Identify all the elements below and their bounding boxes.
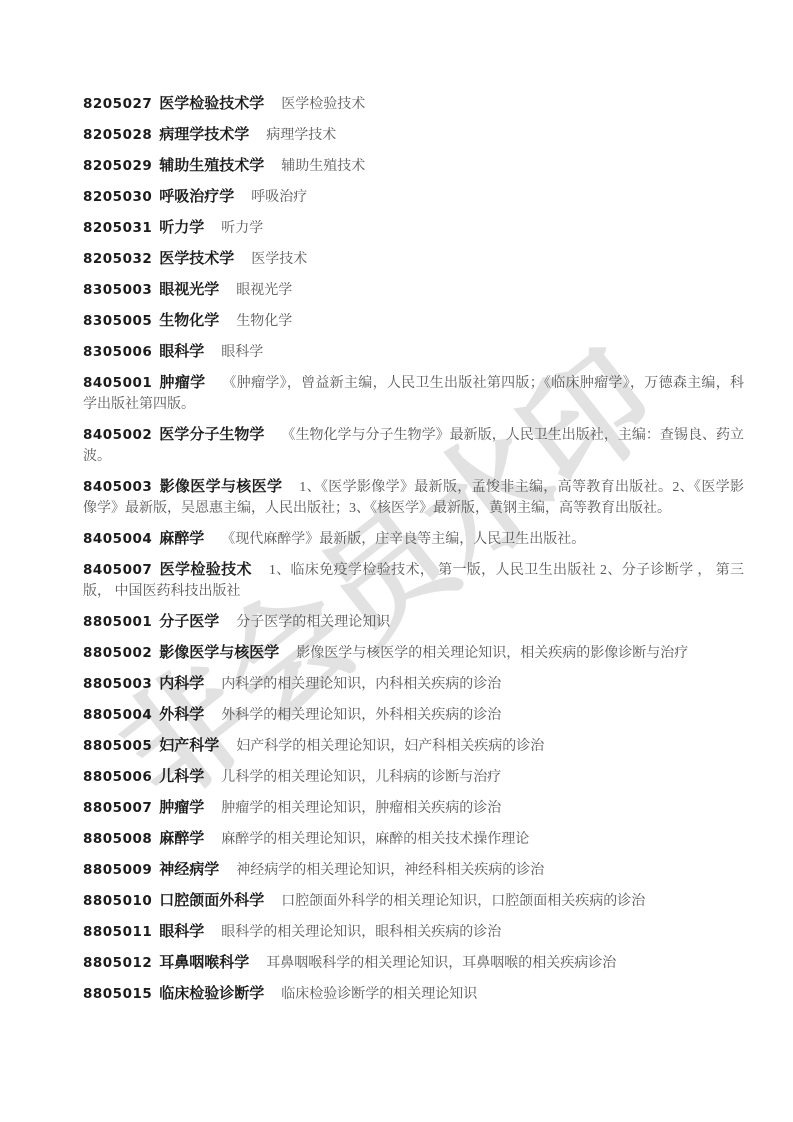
entry-code: 8205030 <box>83 189 152 205</box>
entry-description: 医学技术 <box>251 252 307 267</box>
entry-row: 8305005生物化学生物化学 <box>83 311 744 332</box>
entry-description: 眼科学的相关理论知识，眼科相关疾病的诊治 <box>221 925 501 940</box>
entry-code: 8805002 <box>83 645 152 661</box>
entry-subject: 麻醉学 <box>159 831 204 847</box>
entry-subject: 辅助生殖技术学 <box>159 158 264 174</box>
entry-row: 8405004麻醉学《现代麻醉学》最新版，庄辛良等主编，人民卫生出版社。 <box>83 529 744 550</box>
entry-code: 8805005 <box>83 738 152 754</box>
entry-subject: 麻醉学 <box>159 531 204 547</box>
entry-subject: 影像医学与核医学 <box>159 479 282 495</box>
entry-subject: 分子医学 <box>159 614 219 630</box>
entry-row: 8205032医学技术学医学技术 <box>83 249 744 270</box>
entry-row: 8805005妇产科学妇产科学的相关理论知识，妇产科相关疾病的诊治 <box>83 736 744 757</box>
entry-description: 肿瘤学的相关理论知识，肿瘤相关疾病的诊治 <box>221 801 501 816</box>
entry-row: 8405002医学分子生物学《生物化学与分子生物学》最新版，人民卫生出版社，主编… <box>83 425 744 467</box>
entry-description: 《现代麻醉学》最新版，庄辛良等主编，人民卫生出版社。 <box>221 532 585 547</box>
entry-code: 8805003 <box>83 676 152 692</box>
entry-row: 8205030呼吸治疗学呼吸治疗 <box>83 187 744 208</box>
entry-row: 8205031听力学听力学 <box>83 218 744 239</box>
entry-subject: 医学检验技术学 <box>159 96 264 112</box>
entry-row: 8805003内科学内科学的相关理论知识，内科相关疾病的诊治 <box>83 674 744 695</box>
entry-subject: 眼科学 <box>159 344 204 360</box>
entry-row: 8805001分子医学分子医学的相关理论知识 <box>83 612 744 633</box>
entry-row: 8805007肿瘤学肿瘤学的相关理论知识，肿瘤相关疾病的诊治 <box>83 798 744 819</box>
entry-description: 神经病学的相关理论知识，神经科相关疾病的诊治 <box>236 863 544 878</box>
entry-code: 8205028 <box>83 127 152 143</box>
entry-subject: 听力学 <box>159 220 204 236</box>
entry-row: 8305006眼科学眼科学 <box>83 342 744 363</box>
entry-code: 8205029 <box>83 158 152 174</box>
entry-subject: 口腔颌面外科学 <box>159 893 264 909</box>
entry-description: 妇产科学的相关理论知识，妇产科相关疾病的诊治 <box>236 739 544 754</box>
entry-code: 8405002 <box>83 427 152 443</box>
entry-description: 影像医学与核医学的相关理论知识，相关疾病的影像诊断与治疗 <box>296 646 688 661</box>
entry-row: 8305003眼视光学眼视光学 <box>83 280 744 301</box>
entry-description: 听力学 <box>221 221 263 236</box>
entry-subject: 医学技术学 <box>159 251 234 267</box>
entry-row: 8205029辅助生殖技术学辅助生殖技术 <box>83 156 744 177</box>
entry-subject: 呼吸治疗学 <box>159 189 234 205</box>
entry-row: 8805015临床检验诊断学临床检验诊断学的相关理论知识 <box>83 984 744 1005</box>
entry-description: 内科学的相关理论知识，内科相关疾病的诊治 <box>221 677 501 692</box>
entry-row: 8805002影像医学与核医学影像医学与核医学的相关理论知识，相关疾病的影像诊断… <box>83 643 744 664</box>
entry-row: 8205028病理学技术学病理学技术 <box>83 125 744 146</box>
entry-row: 8405003影像医学与核医学1、《医学影像学》最新版，孟悛非主编，高等教育出版… <box>83 477 744 519</box>
entry-description: 生物化学 <box>236 314 292 329</box>
entry-row: 8805004外科学外科学的相关理论知识，外科相关疾病的诊治 <box>83 705 744 726</box>
entry-description: 麻醉学的相关理论知识，麻醉的相关技术操作理论 <box>221 832 529 847</box>
entry-row: 8805011眼科学眼科学的相关理论知识，眼科相关疾病的诊治 <box>83 922 744 943</box>
entry-subject: 妇产科学 <box>159 738 219 754</box>
entry-subject: 影像医学与核医学 <box>159 645 279 661</box>
entry-code: 8805007 <box>83 800 152 816</box>
entry-subject: 耳鼻咽喉科学 <box>159 955 249 971</box>
entry-code: 8805001 <box>83 614 152 630</box>
entry-code: 8405001 <box>83 375 152 391</box>
entry-description: 眼科学 <box>221 345 263 360</box>
entry-code: 8805012 <box>83 955 152 971</box>
entry-code: 8305003 <box>83 282 152 298</box>
entry-description: 病理学技术 <box>266 128 336 143</box>
entry-subject: 生物化学 <box>159 313 219 329</box>
entry-subject: 眼科学 <box>159 924 204 940</box>
entry-subject: 临床检验诊断学 <box>159 986 264 1002</box>
entry-code: 8405007 <box>83 562 152 578</box>
entry-subject: 眼视光学 <box>159 282 219 298</box>
entry-code: 8805011 <box>83 924 152 940</box>
document-page: 非会员水印 8205027医学检验技术学医学检验技术 8205028病理学技术学… <box>0 0 793 1122</box>
subject-code-list: 8205027医学检验技术学医学检验技术 8205028病理学技术学病理学技术 … <box>83 94 744 1015</box>
entry-code: 8405003 <box>83 479 152 495</box>
entry-subject: 内科学 <box>159 676 204 692</box>
entry-code: 8205027 <box>83 96 152 112</box>
entry-code: 8305005 <box>83 313 152 329</box>
entry-description: 口腔颌面外科学的相关理论知识，口腔颌面相关疾病的诊治 <box>281 894 645 909</box>
entry-code: 8405004 <box>83 531 152 547</box>
entry-code: 8805004 <box>83 707 152 723</box>
entry-subject: 医学分子生物学 <box>159 427 264 443</box>
entry-subject: 神经病学 <box>159 862 219 878</box>
entry-description: 呼吸治疗 <box>251 190 307 205</box>
entry-description: 眼视光学 <box>236 283 292 298</box>
entry-row: 8405001肿瘤学《肿瘤学》，曾益新主编，人民卫生出版社第四版；《临床肿瘤学》… <box>83 373 744 415</box>
entry-row: 8205027医学检验技术学医学检验技术 <box>83 94 744 115</box>
entry-subject: 肿瘤学 <box>159 375 205 391</box>
entry-description: 医学检验技术 <box>281 97 365 112</box>
entry-code: 8805010 <box>83 893 152 909</box>
entry-code: 8805008 <box>83 831 152 847</box>
entry-subject: 肿瘤学 <box>159 800 204 816</box>
entry-row: 8805010口腔颌面外科学口腔颌面外科学的相关理论知识，口腔颌面相关疾病的诊治 <box>83 891 744 912</box>
entry-code: 8805006 <box>83 769 152 785</box>
entry-code: 8305006 <box>83 344 152 360</box>
entry-subject: 儿科学 <box>159 769 204 785</box>
entry-code: 8805015 <box>83 986 152 1002</box>
entry-subject: 病理学技术学 <box>159 127 249 143</box>
entry-description: 分子医学的相关理论知识 <box>236 615 390 630</box>
entry-code: 8205031 <box>83 220 152 236</box>
entry-row: 8805006儿科学儿科学的相关理论知识，儿科病的诊断与治疗 <box>83 767 744 788</box>
entry-row: 8805009神经病学神经病学的相关理论知识，神经科相关疾病的诊治 <box>83 860 744 881</box>
entry-description: 耳鼻咽喉科学的相关理论知识，耳鼻咽喉的相关疾病诊治 <box>266 956 616 971</box>
entry-code: 8205032 <box>83 251 152 267</box>
entry-row: 8405007医学检验技术1、临床免疫学检验技术， 第一版，人民卫生出版社 2、… <box>83 560 744 602</box>
entry-description: 儿科学的相关理论知识，儿科病的诊断与治疗 <box>221 770 501 785</box>
entry-subject: 医学检验技术 <box>159 562 252 578</box>
entry-code: 8805009 <box>83 862 152 878</box>
entry-row: 8805008麻醉学麻醉学的相关理论知识，麻醉的相关技术操作理论 <box>83 829 744 850</box>
entry-row: 8805012耳鼻咽喉科学耳鼻咽喉科学的相关理论知识，耳鼻咽喉的相关疾病诊治 <box>83 953 744 974</box>
entry-description: 临床检验诊断学的相关理论知识 <box>281 987 477 1002</box>
entry-description: 辅助生殖技术 <box>281 159 365 174</box>
entry-subject: 外科学 <box>159 707 204 723</box>
entry-description: 外科学的相关理论知识，外科相关疾病的诊治 <box>221 708 501 723</box>
